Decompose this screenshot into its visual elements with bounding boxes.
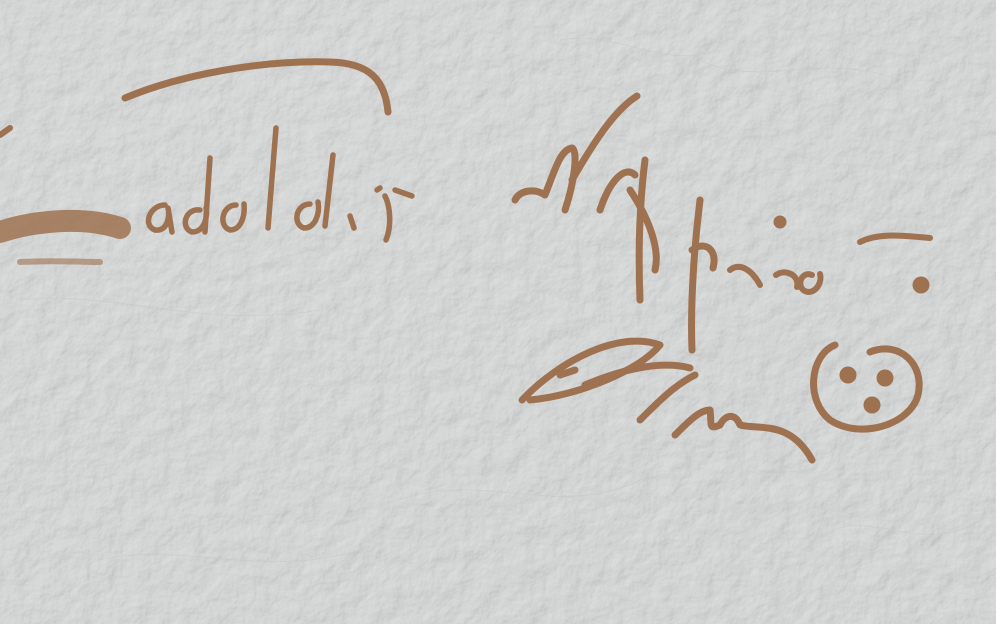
- word-addidis: [148, 128, 412, 240]
- ink-handwriting: [0, 0, 996, 624]
- signature-spria: [630, 160, 930, 350]
- signature-mp: [515, 96, 637, 210]
- signature-flourish: [522, 341, 812, 460]
- circle-three-dots-symbol: [814, 345, 920, 429]
- handwritten-paper-photo: addidis Mp Spria nn: [0, 0, 996, 624]
